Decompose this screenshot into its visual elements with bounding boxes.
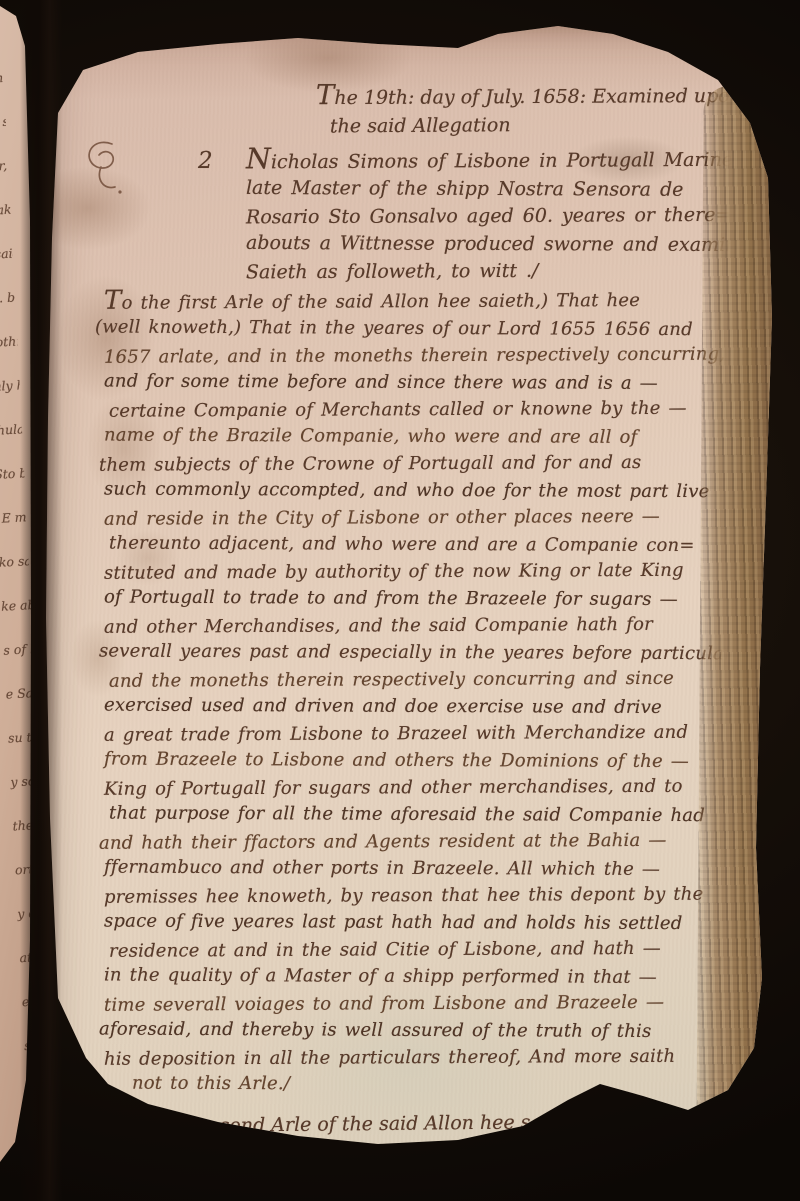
manuscript-line: ffernambuco and other ports in Brazeele.…	[104, 854, 777, 884]
manuscript-line: such commonly accompted, and who doe for…	[104, 476, 777, 506]
manuscript-line: a great trade from Lisbone to Brazeel wi…	[104, 718, 777, 749]
facing-page-fragment: y take	[0, 188, 12, 234]
manuscript-line: thereunto adjacent, and who were and are…	[109, 530, 777, 560]
manuscript-line: Rosario Sto Gonsalvo aged 60. yeares or …	[246, 202, 761, 232]
facing-page-fragment: e Said	[5, 671, 37, 717]
manuscript-line: aforesaid, and thereby is well assured o…	[99, 1016, 777, 1046]
manuscript-page: r505 The 19th: day of July. 1658: Examin…	[28, 18, 776, 1183]
heading-line: the said Allegation	[330, 110, 742, 141]
manuscript-line: and reside in the City of Lisbone or oth…	[104, 502, 777, 533]
facing-page-fragment: on fo	[25, 1067, 57, 1113]
manuscript-line: his deposition in all the particulars th…	[104, 1042, 777, 1073]
manuscript-line: in the quality of a Master of a shipp pe…	[104, 962, 777, 992]
manuscript-line: 1657 arlate, and in the moneths therein …	[104, 340, 777, 371]
facing-page-fragment: rver, a	[0, 144, 9, 190]
facing-page-fragment: E m	[0, 495, 28, 541]
facing-page-fragment: su to	[7, 715, 39, 761]
stamp-mark: r	[680, 49, 685, 60]
facing-page-fragment: b said	[0, 232, 14, 278]
facing-page-fragment: ate a	[18, 935, 50, 981]
facing-page-fragment: ortugall	[14, 847, 46, 893]
folio-number: r505	[680, 48, 746, 68]
facing-page-fragment: A th	[0, 56, 5, 102]
manuscript-line: time severall voiages to and from Lisbon…	[104, 988, 777, 1019]
deposition-intro: Nicholas Simons of Lisbone in Portugall …	[246, 144, 761, 286]
photo-backdrop: A th kuy s rver, a y take b said ys. b L…	[0, 0, 800, 1201]
facing-page-fragment: the Bro	[12, 803, 44, 849]
facing-page-fragment: ko said	[0, 539, 30, 585]
manuscript-line: King of Portugall for sugars and other m…	[104, 772, 777, 803]
manuscript-line: abouts a Wittnesse produced sworne and e…	[246, 229, 761, 259]
manuscript-line: late Master of the shipp Nostra Sensora …	[246, 174, 761, 204]
manuscript-line: that purpose for all the time aforesaid …	[109, 800, 777, 830]
manuscript-line: Saieth as followeth, to witt ./	[246, 257, 761, 287]
manuscript-line: premisses hee knoweth, by reason that he…	[104, 880, 777, 911]
manuscript-line: exercised used and driven and doe exerci…	[104, 692, 777, 722]
opening-flourish-icon	[80, 136, 126, 202]
facing-page-fragment: Lothra	[0, 320, 18, 366]
manuscript-line: name of the Brazile Companie, who were a…	[104, 422, 777, 452]
facing-page-fragment: y com	[16, 891, 48, 937]
manuscript-line: not to this Arle./	[132, 1070, 777, 1100]
closing-line: To the second Arle of the said Allon hee…	[124, 1101, 637, 1139]
facing-page-fragment: ke ab	[0, 583, 32, 629]
folio-number-value: 505	[701, 48, 746, 68]
manuscript-line: and for some time before and since there…	[104, 368, 777, 398]
facing-page-fragment: thular	[0, 407, 23, 453]
facing-page-fragment: y sobe	[9, 759, 41, 805]
facing-page-fragment: s and	[23, 1023, 55, 1069]
facing-page-fragment: kuy s	[0, 100, 7, 146]
deposition-body: To the first Arle of the said Allon hee …	[104, 286, 777, 1098]
heading-line: The 19th: day of July. 1658: Examined up…	[316, 79, 742, 112]
manuscript-line: (well knoweth,) That in the yeares of ou…	[95, 314, 777, 344]
manuscript-line: residence at and in the said Citie of Li…	[109, 934, 777, 964]
manuscript-line: certaine Companie of Merchants called or…	[109, 394, 777, 424]
manuscript-line: space of five yeares last past hath had …	[104, 908, 777, 938]
manuscript-line: Nicholas Simons of Lisbone in Portugall …	[246, 143, 761, 177]
facing-page-fragment: ys. b	[0, 276, 16, 322]
manuscript-line: and the moneths therein respectively con…	[109, 664, 777, 694]
manuscript-line: from Brazeele to Lisbone and others the …	[104, 746, 777, 776]
facing-page-fragment: Sto b	[0, 451, 25, 497]
manuscript-line: and other Merchandises, and the said Com…	[104, 610, 777, 641]
deponent-number: 2	[198, 148, 213, 174]
manuscript-line: To the first Arle of the said Allon hee …	[104, 284, 777, 317]
facing-page-fragment: mly h	[0, 364, 21, 410]
facing-page-edge: A th kuy s rver, a y take b said ys. b L…	[0, 0, 32, 1201]
manuscript-line: severall yeares past and especially in t…	[99, 638, 777, 668]
facing-page-fragment: ent u	[21, 979, 53, 1025]
facing-page-fragment: s of h	[2, 627, 34, 673]
manuscript-line: and hath their ffactors and Agents resid…	[99, 826, 777, 857]
manuscript-line: of Portugall to trade to and from the Br…	[104, 584, 777, 614]
manuscript-line: them subjects of the Crowne of Portugall…	[99, 448, 777, 479]
date-heading: The 19th: day of July. 1658: Examined up…	[316, 80, 742, 139]
manuscript-line: stituted and made by authority of the no…	[104, 556, 777, 587]
book-fore-edge	[696, 86, 777, 1139]
